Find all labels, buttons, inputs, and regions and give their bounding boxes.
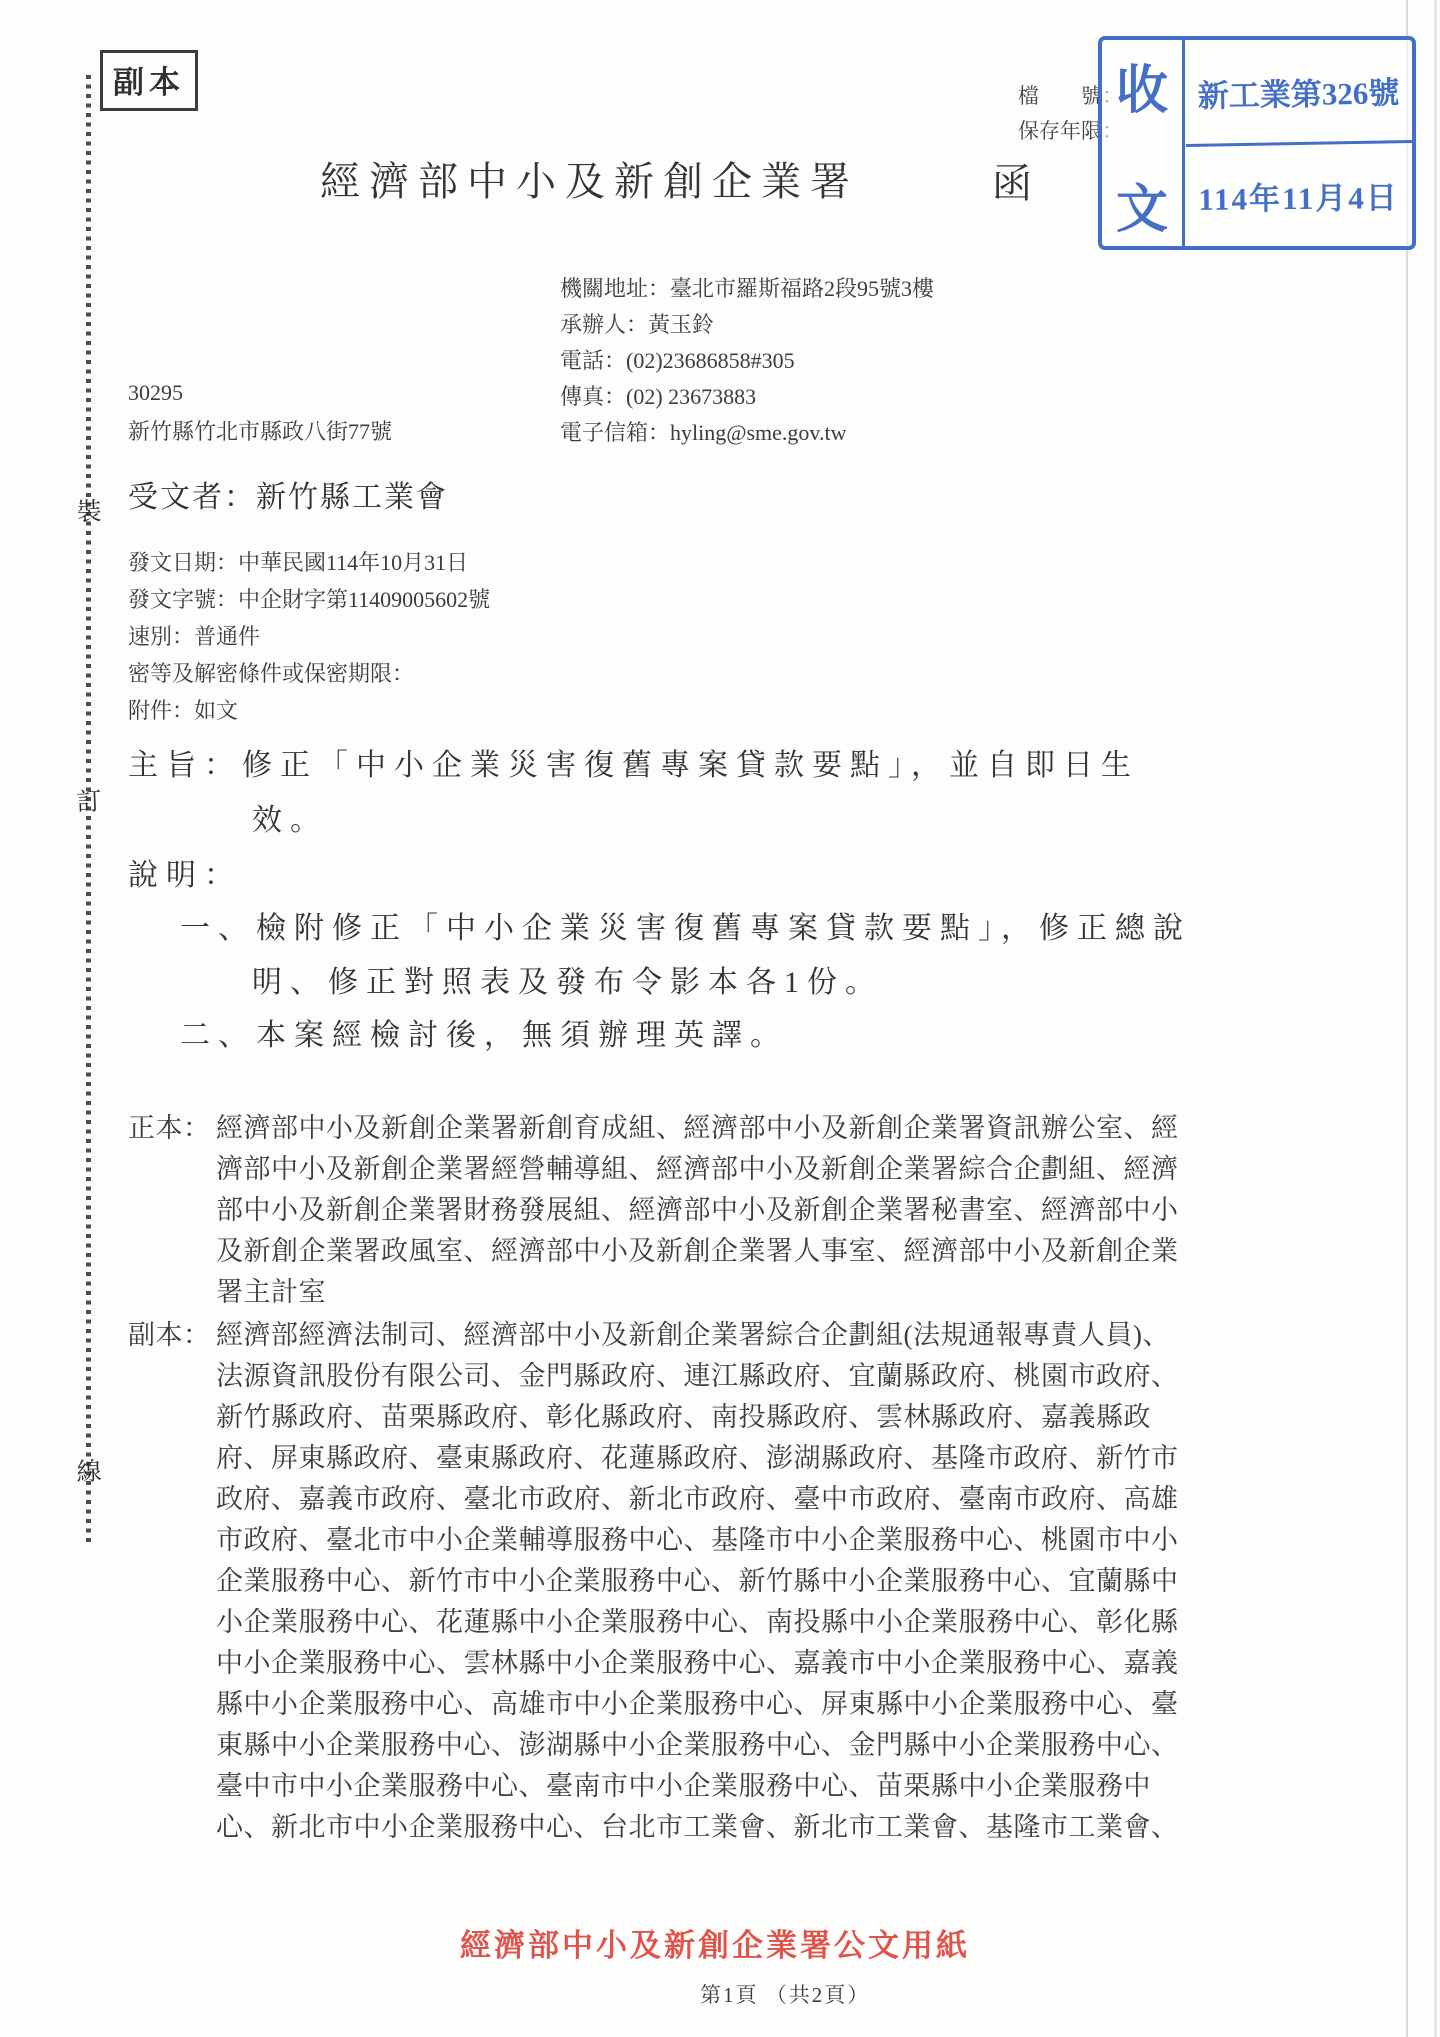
original-line: 經濟部中小及新創企業署新創育成組、經濟部中小及新創企業署資訊辦公室、經 [216, 1108, 1338, 1149]
copy-lines: 經濟部經濟法制司、經濟部中小及新創企業署綜合企劃組(法規通報專責人員)、 法源資… [128, 1315, 1338, 1848]
recipient-address: 新竹縣竹北市縣政八街77號 [128, 415, 392, 446]
agency-title: 經濟部中小及新創企業署 [320, 150, 859, 207]
copy-line: 經濟部經濟法制司、經濟部中小及新創企業署綜合企劃組(法規通報專責人員)、 [216, 1315, 1338, 1356]
sender-phone: 電話：(02)23686858#305 [560, 344, 795, 375]
receipt-stamp-fields: 新工業第326號 114年11月4日 [1185, 40, 1412, 246]
receipt-number-handwritten: 新工業第326號 [1184, 38, 1413, 147]
receipt-date-handwritten: 114年11月4日 [1185, 144, 1413, 247]
page-number: 第1頁 （共2頁） [700, 1979, 870, 2009]
official-document-page: 裝 訂 線 副本 經濟部中小及新創企業署 函 檔 號： 保存年限： 收 文 新工… [0, 0, 1440, 2037]
copy-line: 新竹縣政府、苗栗縣政府、彰化縣政府、南投縣政府、雲林縣政府、嘉義縣政 [216, 1397, 1338, 1438]
doc-type-letter: 函 [992, 152, 1032, 209]
attachment-line: 附件：如文 [128, 694, 238, 725]
copy-line: 縣中小企業服務中心、高雄市中小企業服務中心、屏東縣中小企業服務中心、臺 [216, 1684, 1338, 1725]
explanation-item1-line1: 一、檢附修正「中小企業災害復舊專案貸款要點」，修正總說 [180, 903, 1191, 947]
sender-contact-person: 承辦人：黃玉鈴 [560, 308, 714, 339]
speed-line: 速別：普通件 [128, 620, 260, 651]
recipient-line: 受文者：新竹縣工業會 [128, 472, 448, 516]
binding-mark-zhuang: 裝 [69, 491, 108, 528]
binding-mark-ding: 訂 [69, 781, 108, 818]
copy-line: 臺中市中小企業服務中心、臺南市中小企業服務中心、苗栗縣中小企業服務中 [216, 1766, 1338, 1807]
original-line: 濟部中小及新創企業署經營輔導組、經濟部中小及新創企業署綜合企劃組、經濟 [216, 1149, 1338, 1190]
explanation-label: 說明： [128, 850, 242, 894]
original-line: 及新創企業署政風室、經濟部中小及新創企業署人事室、經濟部中小及新創企業 [216, 1231, 1338, 1272]
receipt-stamp-shouwen: 收 文 [1102, 40, 1185, 246]
original-distribution-block: 正本： 經濟部中小及新創企業署新創育成組、經濟部中小及新創企業署資訊辦公室、經 … [128, 1108, 1338, 1313]
explanation-item1-line2: 明、修正對照表及發布令影本各1份。 [252, 957, 883, 1001]
sender-address: 機關地址：臺北市羅斯福路2段95號3樓 [560, 272, 934, 303]
stationery-footer: 經濟部中小及新創企業署公文用紙 [460, 1920, 970, 1965]
copy-line: 小企業服務中心、花蓮縣中小企業服務中心、南投縣中小企業服務中心、彰化縣 [216, 1602, 1338, 1643]
subject-line-2: 效。 [252, 795, 328, 839]
sender-fax: 傳真：(02) 23673883 [560, 380, 756, 411]
original-label: 正本： [128, 1108, 211, 1149]
copy-line: 心、新北市中小企業服務中心、台北市工業會、新北市工業會、基隆市工業會、 [216, 1807, 1338, 1848]
scan-edge-line-outer [1434, 0, 1437, 2037]
copy-line: 中小企業服務中心、雲林縣中小企業服務中心、嘉義市中小企業服務中心、嘉義 [216, 1643, 1338, 1684]
copy-line: 企業服務中心、新竹市中小企業服務中心、新竹縣中小企業服務中心、宜蘭縣中 [216, 1561, 1338, 1602]
copy-line: 政府、嘉義市政府、臺北市政府、新北市政府、臺中市政府、臺南市政府、高雄 [216, 1479, 1338, 1520]
original-line: 部中小及新創企業署財務發展組、經濟部中小及新創企業署秘書室、經濟部中小 [216, 1190, 1338, 1231]
copy-distribution-label: 副本： [128, 1315, 211, 1356]
issue-date-line: 發文日期：中華民國114年10月31日 [128, 546, 468, 577]
stamp-char-wen: 文 [1116, 167, 1168, 242]
copy-line: 東縣中小企業服務中心、澎湖縣中小企業服務中心、金門縣中小企業服務中心、 [216, 1725, 1338, 1766]
binding-mark-xian: 線 [69, 1451, 108, 1488]
copy-distribution-block: 副本： 經濟部經濟法制司、經濟部中小及新創企業署綜合企劃組(法規通報專責人員)、… [128, 1315, 1338, 1848]
subject-line-1: 主旨：修正「中小企業災害復舊專案貸款要點」，並自即日生 [128, 740, 1139, 784]
sender-email: 電子信箱：hyling@sme.gov.tw [560, 416, 847, 447]
security-line: 密等及解密條件或保密期限： [128, 657, 414, 688]
doc-number-line: 發文字號：中企財字第11409005602號 [128, 583, 490, 614]
copy-line: 市政府、臺北市中小企業輔導服務中心、基隆市中小企業服務中心、桃園市中小 [216, 1520, 1338, 1561]
stamp-char-shou: 收 [1116, 48, 1168, 123]
copy-line: 府、屏東縣政府、臺東縣政府、花蓮縣政府、澎湖縣政府、基隆市政府、新竹市 [216, 1438, 1338, 1479]
scan-edge-line [1406, 0, 1408, 2037]
explanation-item2: 二、本案經檢討後，無須辦理英譯。 [180, 1010, 788, 1054]
original-line: 署主計室 [216, 1272, 1338, 1313]
recipient-postal-code: 30295 [128, 380, 183, 406]
copy-line: 法源資訊股份有限公司、金門縣政府、連江縣政府、宜蘭縣政府、桃園市政府、 [216, 1356, 1338, 1397]
original-lines: 經濟部中小及新創企業署新創育成組、經濟部中小及新創企業署資訊辦公室、經 濟部中小… [128, 1108, 1338, 1313]
receipt-stamp: 收 文 新工業第326號 114年11月4日 [1098, 36, 1416, 250]
copy-label-box: 副本 [100, 50, 198, 111]
